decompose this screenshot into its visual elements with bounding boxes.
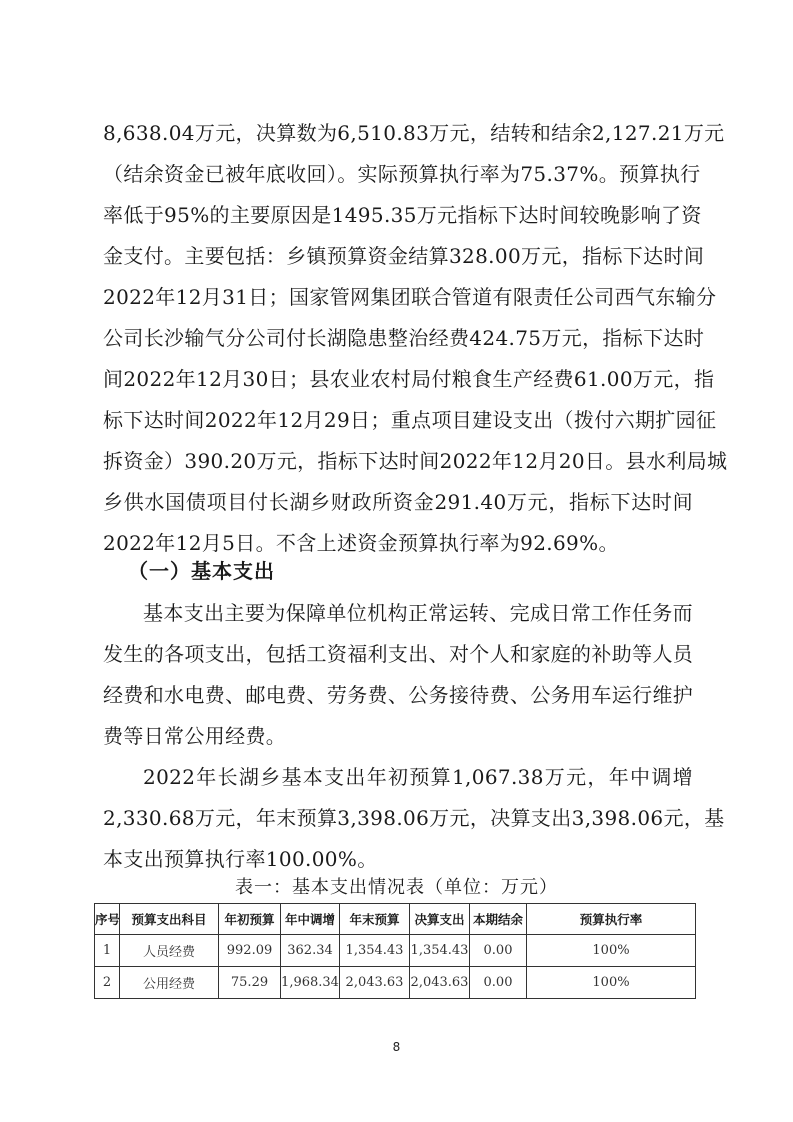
document-page: 8,638.04万元，决算数为6,510.83万元，结转和结余2,127.21万… — [0, 0, 793, 1122]
paragraph-line: 乡供水国债项目付长湖乡财政所资金291.40万元，指标下达时间 — [103, 489, 693, 515]
paragraph-line: 2022年12月5日。不含上述资金预算执行率为92.69%。 — [103, 530, 693, 556]
header-cell-final-expenditure: 决算支出 — [410, 904, 470, 935]
page-number: 8 — [0, 1040, 793, 1054]
header-cell-yearend-budget: 年末预算 — [340, 904, 410, 935]
paragraph-line: 率低于95%的主要原因是1495.35万元指标下达时间较晚影响了资 — [103, 202, 693, 228]
table-row: 1 人员经费 992.09 362.34 1,354.43 1,354.43 0… — [95, 935, 696, 967]
cell-balance: 0.00 — [470, 967, 527, 999]
cell-initial-budget: 992.09 — [219, 935, 281, 967]
paragraph-line: 2022年长湖乡基本支出年初预算1,067.38万元，年中调增 — [143, 764, 693, 790]
header-cell-item: 预算支出科目 — [120, 904, 219, 935]
paragraph-line: 费等日常公用经费。 — [103, 723, 693, 749]
header-cell-midyear-increase: 年中调增 — [281, 904, 340, 935]
paragraph-line: （结余资金已被年底收回）。实际预算执行率为75.37%。预算执行 — [103, 161, 693, 187]
paragraph-line: 公司长沙输气分公司付长湖隐患整治经费424.75万元，指标下达时 — [103, 325, 693, 351]
paragraph-line: 拆资金）390.20万元，指标下达时间2022年12月20日。县水利局城 — [103, 448, 693, 474]
cell-initial-budget: 75.29 — [219, 967, 281, 999]
cell-item: 人员经费 — [120, 935, 219, 967]
cell-index: 1 — [95, 935, 120, 967]
paragraph-line: 经费和水电费、邮电费、劳务费、公务接待费、公务用车运行维护 — [103, 682, 693, 708]
paragraph-line: 间2022年12月30日；县农业农村局付粮食生产经费61.00万元，指 — [103, 366, 693, 392]
cell-execution-rate: 100% — [527, 935, 696, 967]
cell-final-expenditure: 1,354.43 — [410, 935, 470, 967]
paragraph-line: 8,638.04万元，决算数为6,510.83万元，结转和结余2,127.21万… — [103, 120, 693, 146]
paragraph-line: 发生的各项支出，包括工资福利支出、对个人和家庭的补助等人员 — [103, 641, 693, 667]
header-cell-execution-rate: 预算执行率 — [527, 904, 696, 935]
paragraph-line: 基本支出主要为保障单位机构正常运转、完成日常工作任务而 — [143, 600, 693, 626]
section-heading: （一）基本支出 — [128, 558, 275, 584]
header-cell-balance: 本期结余 — [470, 904, 527, 935]
cell-yearend-budget: 2,043.63 — [340, 967, 410, 999]
paragraph-line: 本支出预算执行率100.00%。 — [103, 846, 693, 872]
table-row: 2 公用经费 75.29 1,968.34 2,043.63 2,043.63 … — [95, 967, 696, 999]
paragraph-line: 标下达时间2022年12月29日；重点项目建设支出（拨付六期扩园征 — [103, 407, 693, 433]
header-cell-index: 序号 — [95, 904, 120, 935]
cell-execution-rate: 100% — [527, 967, 696, 999]
cell-index: 2 — [95, 967, 120, 999]
paragraph-line: 2022年12月31日；国家管网集团联合管道有限责任公司西气东输分 — [103, 284, 693, 310]
basic-expenditure-table: 序号 预算支出科目 年初预算 年中调增 年末预算 决算支出 本期结余 预算执行率… — [94, 903, 696, 999]
table-caption: 表一：基本支出情况表（单位：万元） — [0, 876, 793, 900]
cell-yearend-budget: 1,354.43 — [340, 935, 410, 967]
cell-balance: 0.00 — [470, 935, 527, 967]
table-header-row: 序号 预算支出科目 年初预算 年中调增 年末预算 决算支出 本期结余 预算执行率 — [95, 904, 696, 935]
cell-final-expenditure: 2,043.63 — [410, 967, 470, 999]
cell-midyear-increase: 362.34 — [281, 935, 340, 967]
paragraph-line: 金支付。主要包括：乡镇预算资金结算328.00万元，指标下达时间 — [103, 243, 693, 269]
header-cell-initial-budget: 年初预算 — [219, 904, 281, 935]
cell-item: 公用经费 — [120, 967, 219, 999]
cell-midyear-increase: 1,968.34 — [281, 967, 340, 999]
paragraph-line: 2,330.68万元，年末预算3,398.06万元，决算支出3,398.06元，… — [103, 805, 693, 831]
